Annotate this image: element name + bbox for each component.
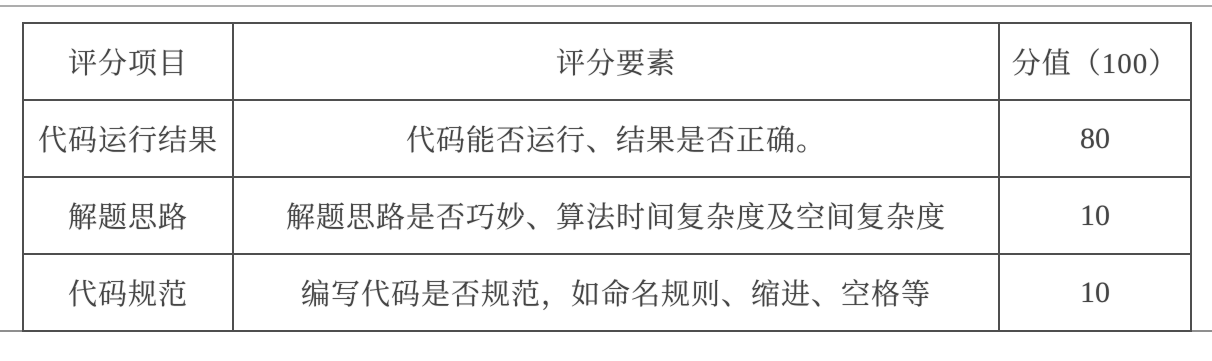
scoring-rubric-table: 评分项目 评分要素 分值（100） 代码运行结果 代码能否运行、结果是否正确。 … <box>22 22 1192 332</box>
cell-item: 解题思路 <box>23 177 233 254</box>
cell-criteria: 解题思路是否巧妙、算法时间复杂度及空间复杂度 <box>233 177 999 254</box>
header-scoring-item: 评分项目 <box>23 23 233 100</box>
cell-score: 10 <box>999 254 1191 331</box>
cell-score: 10 <box>999 177 1191 254</box>
cell-item: 代码运行结果 <box>23 100 233 177</box>
table-row-code-style: 代码规范 编写代码是否规范，如命名规则、缩进、空格等 10 <box>23 254 1191 331</box>
table-header-row: 评分项目 评分要素 分值（100） <box>23 23 1191 100</box>
page-edge-line-top <box>0 5 1212 7</box>
document-page: 评分项目 评分要素 分值（100） 代码运行结果 代码能否运行、结果是否正确。 … <box>0 0 1212 361</box>
header-score-value: 分值（100） <box>999 23 1191 100</box>
table-row-solution-approach: 解题思路 解题思路是否巧妙、算法时间复杂度及空间复杂度 10 <box>23 177 1191 254</box>
table-row-code-run-result: 代码运行结果 代码能否运行、结果是否正确。 80 <box>23 100 1191 177</box>
cell-criteria: 编写代码是否规范，如命名规则、缩进、空格等 <box>233 254 999 331</box>
header-scoring-criteria: 评分要素 <box>233 23 999 100</box>
cell-criteria: 代码能否运行、结果是否正确。 <box>233 100 999 177</box>
cell-item: 代码规范 <box>23 254 233 331</box>
cell-score: 80 <box>999 100 1191 177</box>
